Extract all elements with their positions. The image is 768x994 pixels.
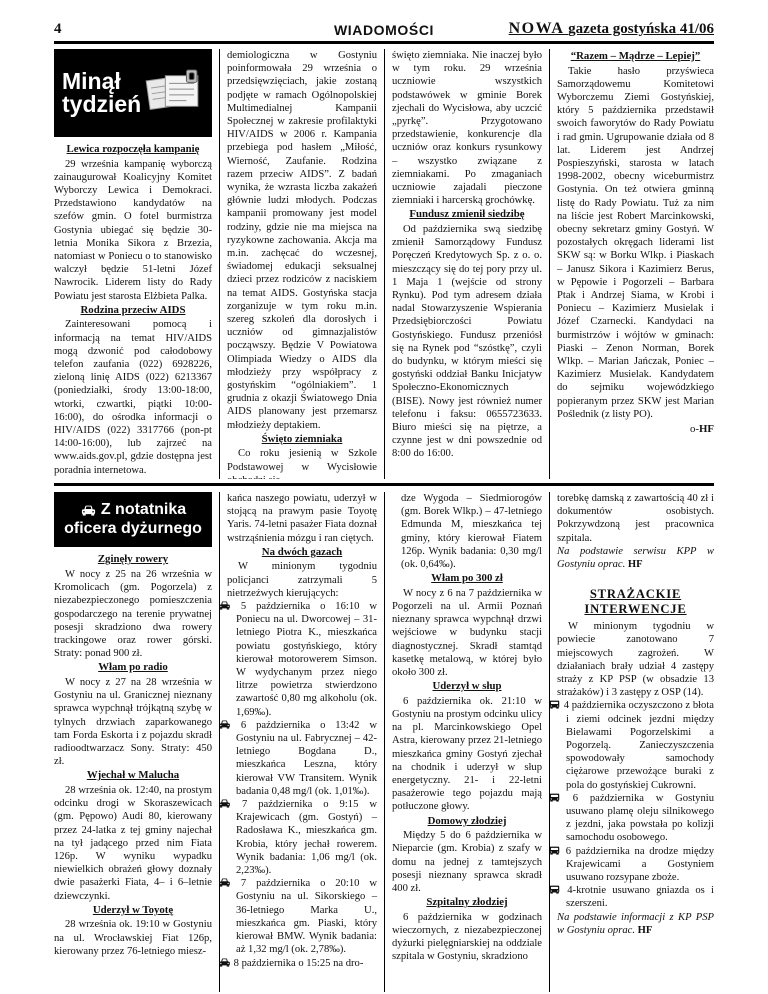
article-paragraph: demiologiczna w Gostyniu poinformowała 2… bbox=[227, 49, 377, 432]
article-paragraph: Od października swą siedzibę zmienił Sam… bbox=[392, 223, 542, 461]
article-heading: Włam po 300 zł bbox=[392, 572, 542, 586]
note-item: 6 października w Gostyniu usuwano plamę … bbox=[557, 792, 714, 845]
car-icon bbox=[227, 957, 231, 970]
top-column-4: “Razem – Mądrze – Lepiej”Takie hasło prz… bbox=[549, 49, 714, 479]
masthead-name: NOWA bbox=[509, 20, 565, 37]
minal-tydzien-banner: Minąłtydzień bbox=[54, 49, 212, 137]
article-paragraph: W nocy z 27 na 28 września w Gostyniu na… bbox=[54, 676, 212, 768]
note-item-continuation: dze Wygoda – Siedmiorogów (gm. Borek Wlk… bbox=[392, 492, 542, 571]
article-heading: Fundusz zmienił siedzibę bbox=[392, 208, 542, 222]
article-heading: Domowy złodziej bbox=[392, 815, 542, 829]
masthead-subtitle: gazeta gostyńska bbox=[568, 21, 676, 37]
car-icon bbox=[227, 719, 231, 732]
article-paragraph: W minionym tygodniu w powiecie zanotowan… bbox=[557, 620, 714, 699]
firetruck-icon bbox=[557, 884, 561, 897]
note-item: 6 października o 13:42 w Gostyniu na ul.… bbox=[227, 719, 377, 798]
article-heading: Święto ziemniaka bbox=[227, 433, 377, 447]
firetruck-icon bbox=[557, 845, 561, 858]
article-heading: Włam po radio bbox=[54, 661, 212, 675]
article-paragraph: Takie hasło przyświeca Samorządowemu Kom… bbox=[557, 65, 714, 421]
note-item: 4-krotnie usuwano gniazda os i szerszeni… bbox=[557, 884, 714, 910]
note-item: 5 października o 16:10 w Poniecu na ul. … bbox=[227, 600, 377, 719]
bottom-column-1: Z notatnikaoficera dyżurnegoZginęły rowe… bbox=[54, 492, 219, 992]
article-paragraph: Powiatowa Stacja Sanitarno-Epi- bbox=[54, 477, 212, 479]
article-paragraph: Między 5 do 6 października w Nieparcie (… bbox=[392, 829, 542, 895]
article-paragraph: święto ziemniaka. Nie inaczej było w tym… bbox=[392, 49, 542, 207]
bottom-section: Z notatnikaoficera dyżurnegoZginęły rowe… bbox=[54, 492, 714, 992]
note-item: 8 października o 15:25 na dro- bbox=[227, 957, 377, 970]
article-heading: Szpitalny złodziej bbox=[392, 896, 542, 910]
source-note: Na podstawie serwisu KPP w Gostyniu opra… bbox=[557, 545, 714, 571]
notatnik-banner: Z notatnikaoficera dyżurnego bbox=[54, 492, 212, 547]
article-paragraph: W nocy z 25 na 26 września w Kromolicach… bbox=[54, 568, 212, 660]
author-signature: o-HF bbox=[557, 423, 714, 436]
article-paragraph: torebkę damską z zawartością 40 zł i dok… bbox=[557, 492, 714, 545]
page-number: 4 bbox=[54, 21, 334, 38]
car-icon bbox=[227, 600, 231, 613]
page-header: 4 WIADOMOŚCI NOWA gazeta gostyńska 41/06 bbox=[54, 20, 714, 44]
article-paragraph: Co roku jesienią w Szkole Podstawowej w … bbox=[227, 447, 377, 479]
article-paragraph: 6 października w godzinach wieczornych, … bbox=[392, 911, 542, 964]
issue-number: 41/06 bbox=[680, 21, 714, 37]
section-title: WIADOMOŚCI bbox=[334, 22, 434, 38]
article-heading: STRAŻACKIE INTERWENCJE bbox=[557, 587, 714, 617]
article-heading: Wjechał w Malucha bbox=[54, 769, 212, 783]
police-car-icon bbox=[80, 500, 101, 519]
article-heading: Uderzył w Toyotę bbox=[54, 904, 212, 918]
car-icon bbox=[227, 877, 231, 890]
banner-line: Minął bbox=[62, 70, 141, 93]
note-item: 4 października oczyszczono z błota i zie… bbox=[557, 699, 714, 791]
article-paragraph: 28 września ok. 19:10 w Gostyniu na ul. … bbox=[54, 918, 212, 958]
top-column-3: święto ziemniaka. Nie inaczej było w tym… bbox=[384, 49, 549, 479]
source-note: Na podstawie informacji z KP PSP w Gosty… bbox=[557, 911, 714, 937]
section-divider bbox=[54, 483, 714, 486]
article-paragraph: W nocy z 6 na 7 października w Pogorzeli… bbox=[392, 587, 542, 679]
article-paragraph: 29 września kampanię wyborczą zainauguro… bbox=[54, 158, 212, 303]
note-item: 7 października o 9:15 w Krajewicach (gm.… bbox=[227, 798, 377, 877]
article-heading: Na dwóch gazach bbox=[227, 546, 377, 560]
article-paragraph: 6 października ok. 21:10 w Gostyniu na p… bbox=[392, 695, 542, 814]
newspaper-page: 4 WIADOMOŚCI NOWA gazeta gostyńska 41/06… bbox=[0, 0, 768, 994]
article-heading: Rodzina przeciw AIDS bbox=[54, 304, 212, 318]
article-paragraph: kańca naszego powiatu, uderzył w stojącą… bbox=[227, 492, 377, 545]
article-paragraph: 28 września ok. 12:40, na prostym odcink… bbox=[54, 784, 212, 903]
firetruck-icon bbox=[557, 792, 561, 805]
banner-line: oficera dyżurnego bbox=[56, 519, 210, 538]
note-item: 6 października na drodze między Krajewic… bbox=[557, 845, 714, 885]
banner-line: tydzień bbox=[62, 93, 141, 116]
article-paragraph: W minionym tygodniu policjanci zatrzymal… bbox=[227, 560, 377, 600]
banner-title: Minąłtydzień bbox=[62, 70, 141, 117]
top-section: MinąłtydzieńLewica rozpoczęła kampanię29… bbox=[54, 49, 714, 479]
article-heading: “Razem – Mądrze – Lepiej” bbox=[557, 50, 714, 64]
top-column-1: MinąłtydzieńLewica rozpoczęła kampanię29… bbox=[54, 49, 219, 479]
car-icon bbox=[227, 798, 231, 811]
notepad-icon bbox=[144, 68, 202, 117]
top-column-2: demiologiczna w Gostyniu poinformowała 2… bbox=[219, 49, 384, 479]
banner-text: Z notatnika bbox=[101, 501, 186, 518]
article-heading: Lewica rozpoczęła kampanię bbox=[54, 143, 212, 157]
article-paragraph: Zainteresowani pomocą i informacją na te… bbox=[54, 318, 212, 476]
bottom-column-3: dze Wygoda – Siedmiorogów (gm. Borek Wlk… bbox=[384, 492, 549, 992]
masthead: NOWA gazeta gostyńska 41/06 bbox=[434, 20, 714, 38]
article-heading: Zginęły rowery bbox=[54, 553, 212, 567]
banner-line: Z notatnika bbox=[56, 500, 210, 519]
firetruck-icon bbox=[557, 699, 561, 712]
bottom-column-2: kańca naszego powiatu, uderzył w stojącą… bbox=[219, 492, 384, 992]
bottom-column-4: torebkę damską z zawartością 40 zł i dok… bbox=[549, 492, 714, 992]
note-item: 7 października o 20:10 w Gostyniu na ul.… bbox=[227, 877, 377, 956]
article-heading: Uderzył w słup bbox=[392, 680, 542, 694]
